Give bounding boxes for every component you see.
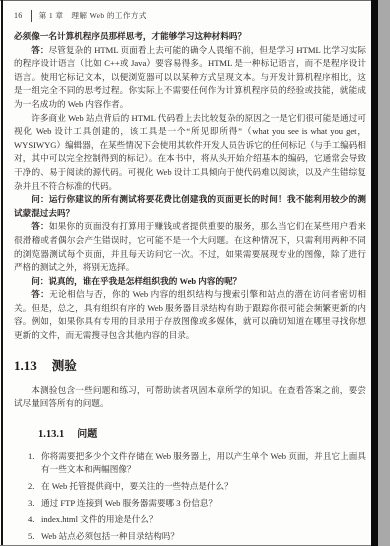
question-label: 问： (31, 194, 49, 204)
list-item-text: 你将需要把多少个文件存储在 Web 服务器上，用以产生单个 Web 页面，并且它… (41, 450, 366, 477)
question-label: 问： (31, 276, 48, 286)
list-item: 3. 通过 FTP 连接到 Web 服务器需要哪 3 份信息？ (28, 497, 366, 511)
subsection-number: 1.13.1 (38, 429, 64, 440)
section-intro-block: 本测验包含一些问题和练习，可帮助读者巩固本章所学的知识。在查看答案之前，要尝试尽… (14, 384, 366, 411)
page-content: 16 第 1 章 理解 Web 的工作方式 必须像一名计算机程序员那样思考，才能… (14, 8, 366, 546)
list-item: 2. 在 Web 托管提供商中，要关注的一些特点是什么？ (28, 480, 366, 494)
scanned-book-page: 16 第 1 章 理解 Web 的工作方式 必须像一名计算机程序员那样思考，才能… (0, 0, 390, 546)
section-number: 1.13 (14, 358, 37, 373)
chapter-title: 第 1 章 理解 Web 的工作方式 (39, 10, 147, 21)
list-item-text: index.html 文件的用途是什么？ (41, 513, 366, 527)
list-item: 1. 你将需要把多少个文件存储在 Web 服务器上，用以产生单个 Web 页面，… (28, 450, 366, 477)
question-text: 运行你建议的所有测试将要花费比创建我的页面更长的时间！我不能利用较少的测试蒙混过… (14, 194, 366, 218)
quiz-question-list: 1. 你将需要把多少个文件存储在 Web 服务器上，用以产生单个 Web 页面，… (28, 450, 366, 544)
qa-question: 问：运行你建议的所有测试将要花费比创建我的页面更长的时间！我不能利用较少的测试蒙… (14, 193, 366, 220)
header-divider (31, 10, 32, 22)
list-item-text: Web 站点必须包括一种目录结构吗？ (41, 530, 366, 544)
list-item-number: 3. (28, 497, 41, 511)
answer-text: 尽管复杂的 HTML 页面看上去可能的确令人畏缩不前，但是学习 HTML 比学习… (14, 45, 366, 109)
list-item-number: 1. (28, 450, 41, 477)
answer-label: 答： (31, 221, 49, 231)
subsection-heading: 1.13.1 问题 (38, 424, 366, 442)
list-item: 5. Web 站点必须包括一种目录结构吗？ (28, 530, 366, 544)
subsection-title: 问题 (77, 429, 97, 440)
answer-label: 答： (31, 45, 48, 55)
scan-outer-margin (378, 0, 390, 546)
section-intro: 本测验包含一些问题和练习，可帮助读者巩固本章所学的知识。在查看答案之前，要尝试尽… (14, 384, 366, 411)
answer-text: 无论相信与否，你的 Web 内容的组织结构与搜索引擎和站点的潜在访问者密切相关。… (14, 289, 366, 340)
list-item-text: 在 Web 托管提供商中，要关注的一些特点是什么？ (41, 480, 366, 494)
list-item-text: 通过 FTP 连接到 Web 服务器需要哪 3 份信息？ (41, 497, 366, 511)
section-title: 测验 (52, 359, 77, 373)
list-item-number: 5. (28, 530, 41, 544)
qa-question: 必须像一名计算机程序员那样思考，才能够学习这种材料吗？ (14, 30, 366, 44)
scan-edge-top (0, 0, 390, 1)
qa-answer-paragraph: 答：如果你的页面没有打算用于赚钱或者提供重要的服务，那么当它们在某些用户看来很滑… (14, 220, 366, 274)
list-item: 4. index.html 文件的用途是什么？ (28, 513, 366, 527)
running-header: 16 第 1 章 理解 Web 的工作方式 (14, 8, 366, 23)
section-heading: 1.13 测验 (14, 356, 366, 375)
list-item-number: 4. (28, 513, 41, 527)
answer-label: 答： (31, 289, 49, 299)
qa-section: 必须像一名计算机程序员那样思考，才能够学习这种材料吗？ 答：尽管复杂的 HTML… (14, 30, 366, 343)
scan-spine-shadow (371, 0, 378, 546)
qa-question: 问：说真的，谁在乎我是怎样组织我的 Web 内容的呢？ (14, 275, 366, 289)
qa-answer-paragraph: 答：无论相信与否，你的 Web 内容的组织结构与搜索引擎和站点的潜在访问者密切相… (14, 288, 366, 342)
question-text: 说真的，谁在乎我是怎样组织我的 Web 内容的呢？ (48, 276, 241, 286)
scan-edge-left (1, 0, 3, 546)
page-number: 16 (14, 11, 23, 20)
answer-text: 如果你的页面没有打算用于赚钱或者提供重要的服务，那么当它们在某些用户看来很滑稽或… (14, 221, 366, 272)
qa-answer-paragraph: 答：尽管复杂的 HTML 页面看上去可能的确令人畏缩不前，但是学习 HTML 比… (14, 44, 366, 112)
qa-answer-paragraph: 许多商业 Web 站点背后的 HTML 代码看上去比较复杂的原因之一是它们很可能… (14, 112, 366, 194)
list-item-number: 2. (28, 480, 41, 494)
